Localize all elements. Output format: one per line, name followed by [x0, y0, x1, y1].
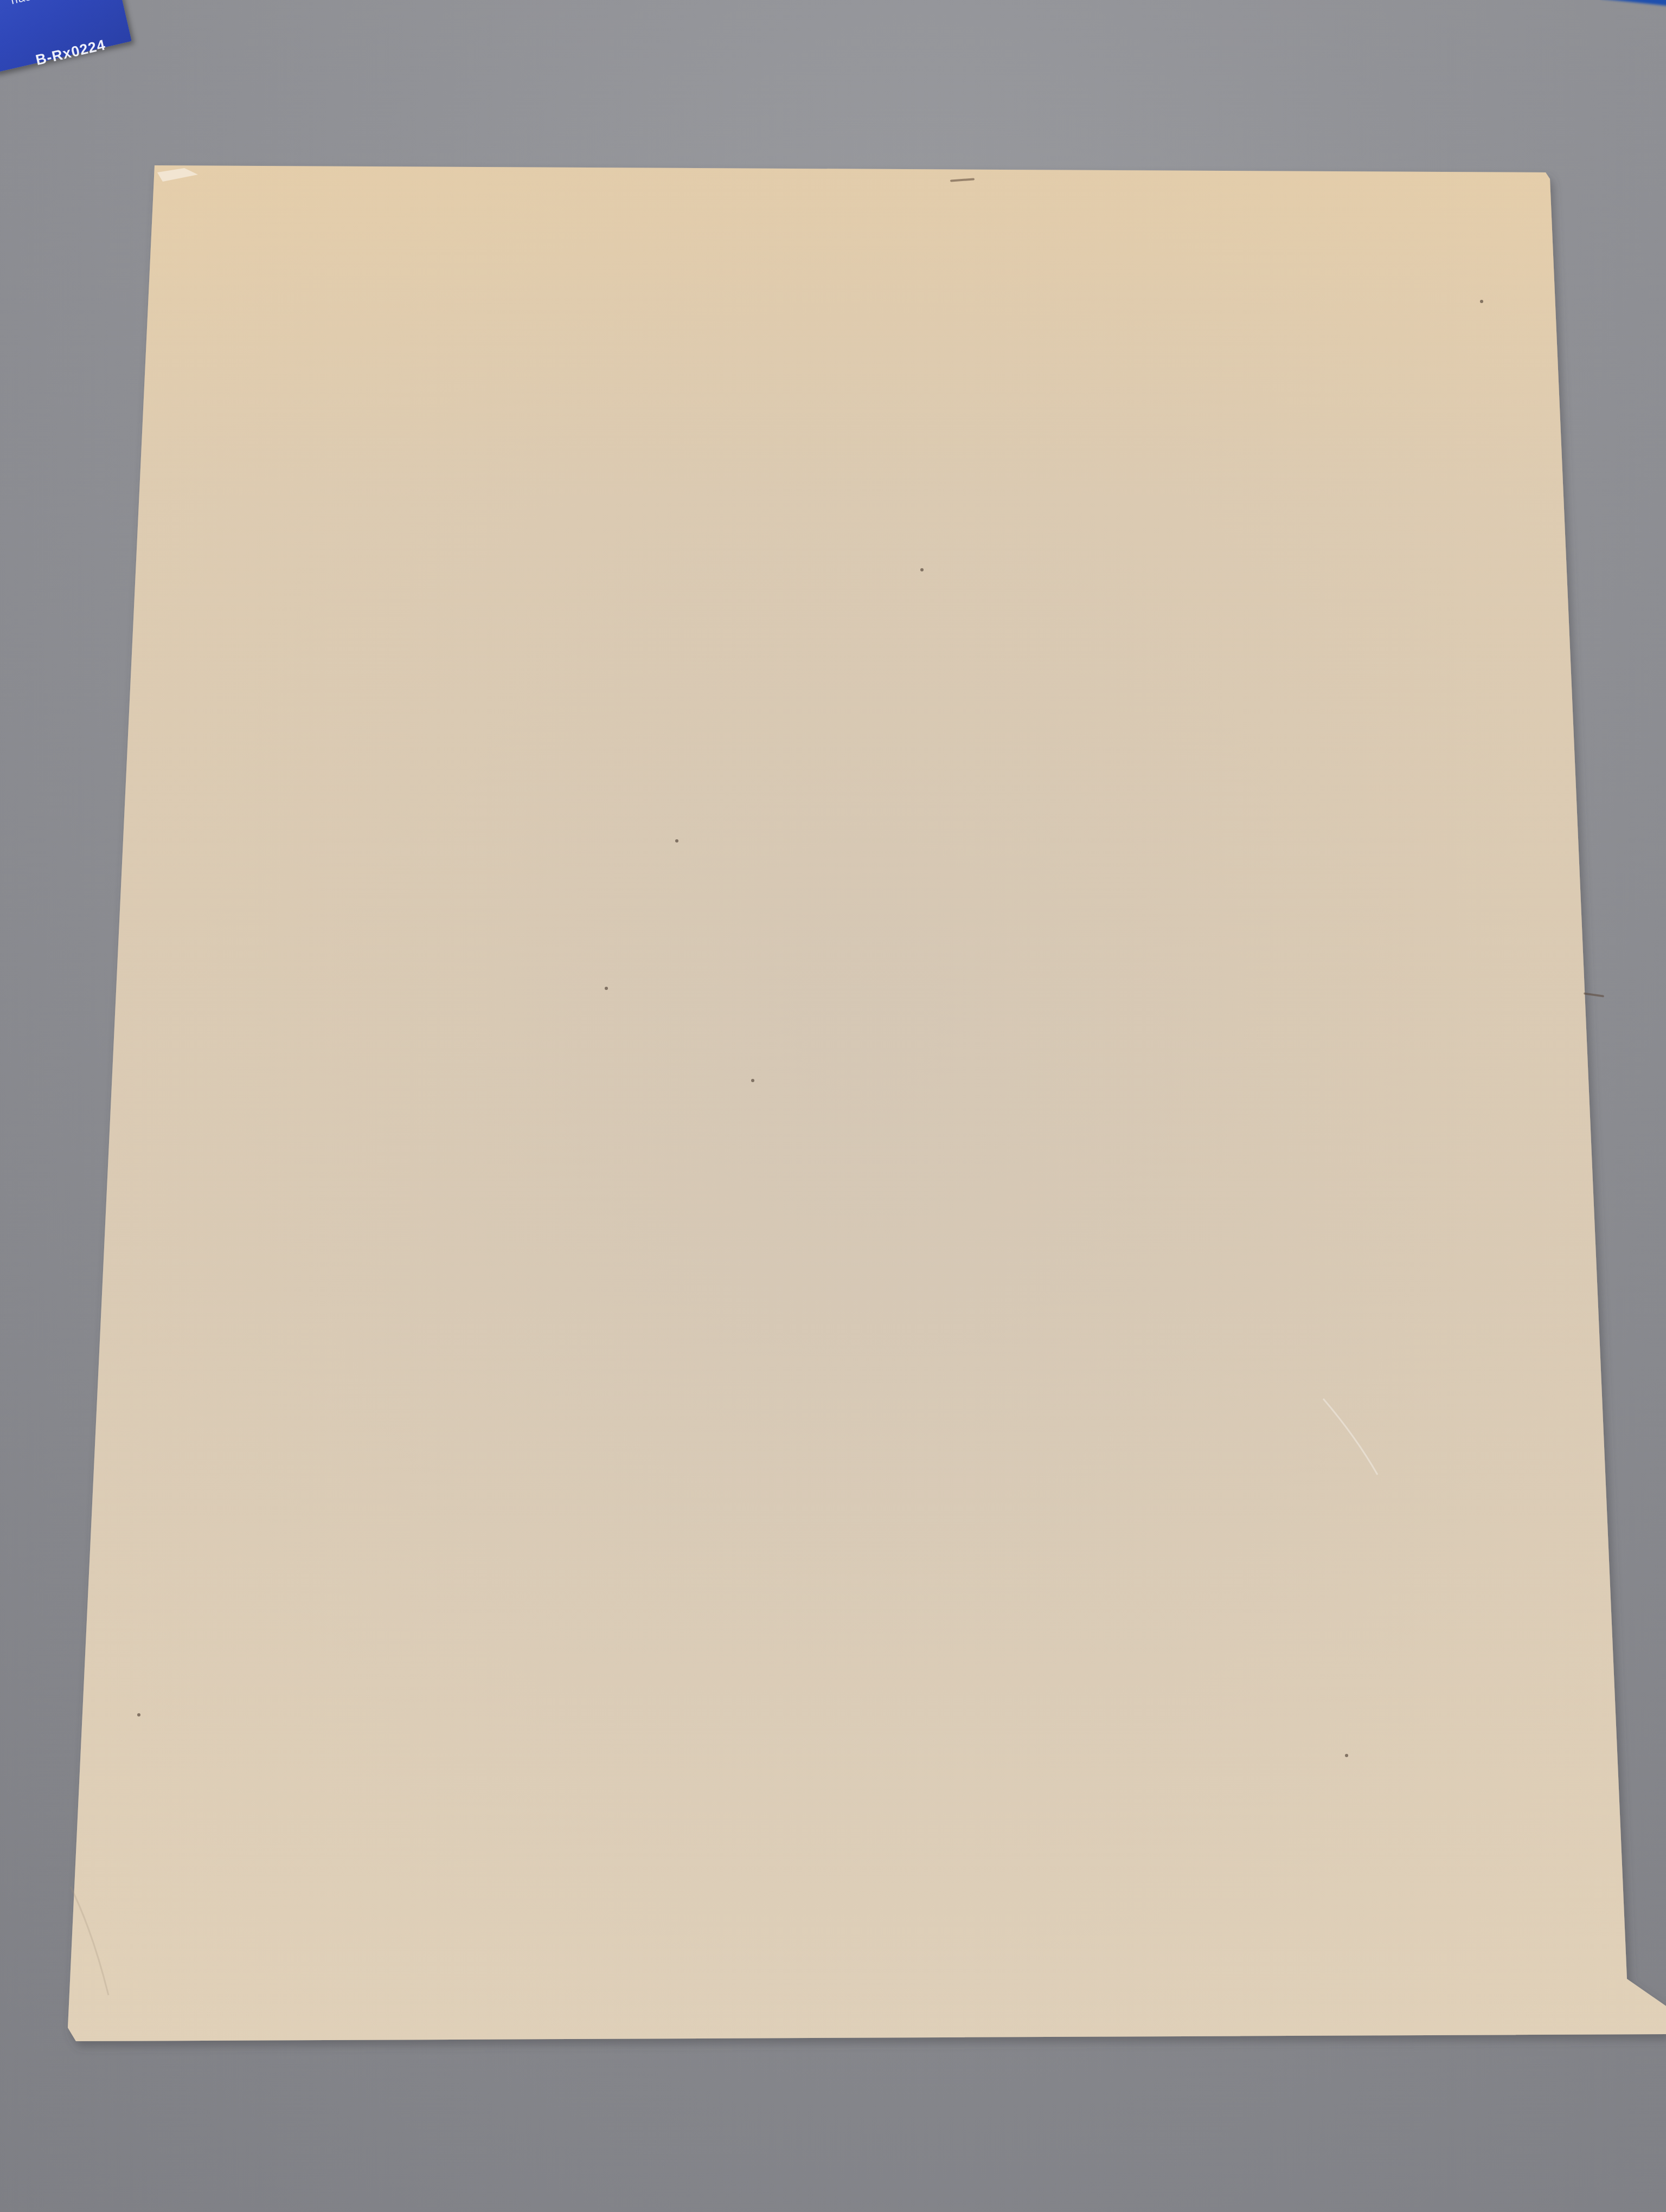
blank-paper-sheet — [0, 0, 1666, 2212]
paper-speck — [675, 839, 678, 843]
paper-speck — [751, 1079, 754, 1082]
paper-speck — [920, 568, 924, 571]
paper-shape — [0, 0, 1666, 2212]
paper-speck — [137, 1713, 140, 1716]
paper-speck — [1345, 1754, 1348, 1757]
paper-speck — [1480, 300, 1483, 303]
paper-speck — [605, 987, 608, 990]
